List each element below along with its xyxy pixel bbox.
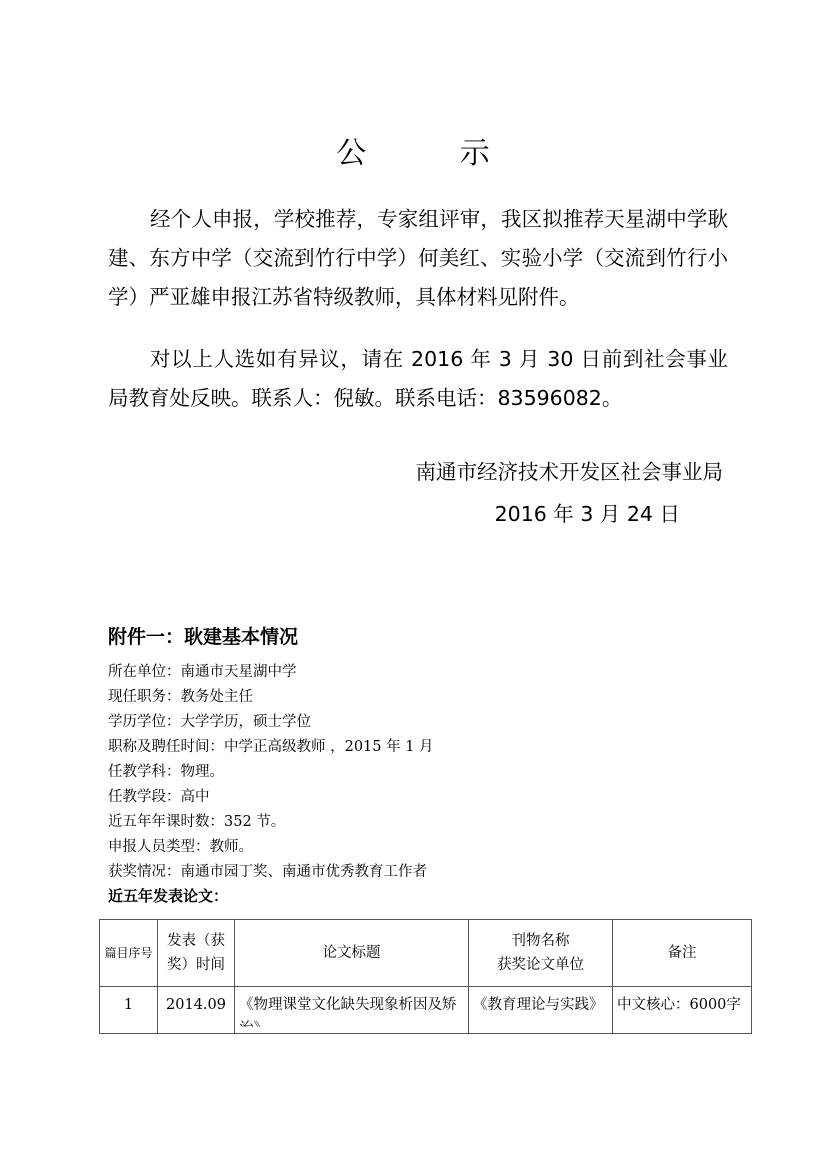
- attachment-title: 附件一：耿建基本情况: [108, 622, 298, 649]
- col-header-date-line1: 发表（获: [162, 929, 230, 953]
- info-line-level: 任教学段：高中: [108, 785, 434, 810]
- col-header-notes: 备注: [613, 920, 752, 987]
- notice-title: 公 示: [0, 128, 826, 172]
- table-header-row: 篇目序号 发表（获 奖）时间 论文标题 刊物名称 获奖论文单位 备注: [100, 920, 752, 987]
- cell-journal-text: 《教育理论与实践》: [473, 993, 608, 1027]
- cell-notes: 中文核心：6000字: [613, 987, 752, 1034]
- col-header-index: 篇目序号: [100, 920, 158, 987]
- cell-date: 2014.09: [158, 987, 235, 1034]
- issue-date: 2016 年 3 月 24 日: [495, 497, 680, 527]
- cell-title-text: 《物理课堂文化缺失现象析因及矫治》: [239, 993, 464, 1027]
- info-line-position: 现任职务：教务处主任: [108, 685, 434, 710]
- table-row: 1 2014.09 《物理课堂文化缺失现象析因及矫治》 《教育理论与实践》 中文…: [100, 987, 752, 1034]
- papers-table: 篇目序号 发表（获 奖）时间 论文标题 刊物名称 获奖论文单位 备注 1 201…: [99, 919, 752, 1034]
- col-header-date: 发表（获 奖）时间: [158, 920, 235, 987]
- candidate-info-list: 所在单位：南通市天星湖中学 现任职务：教务处主任 学历学位：大学学历，硕士学位 …: [108, 660, 434, 885]
- col-header-journal-line1: 刊物名称: [473, 929, 608, 953]
- col-header-title: 论文标题: [235, 920, 469, 987]
- info-line-unit: 所在单位：南通市天星湖中学: [108, 660, 434, 685]
- notice-paragraph-2: 对以上人选如有异议，请在 2016 年 3 月 30 日前到社会事业局教育处反映…: [108, 340, 728, 418]
- papers-heading: 近五年发表论文：: [108, 885, 228, 906]
- cell-index-text: 1: [104, 993, 153, 1027]
- info-line-title: 职称及聘任时间：中学正高级教师 ，2015 年 1 月: [108, 735, 434, 760]
- info-line-awards: 获奖情况：南通市园丁奖、南通市优秀教育工作者: [108, 860, 434, 885]
- col-header-date-line2: 奖）时间: [162, 953, 230, 977]
- cell-notes-text: 中文核心：6000字: [617, 993, 747, 1027]
- cell-journal: 《教育理论与实践》: [469, 987, 613, 1034]
- info-line-education: 学历学位：大学学历，硕士学位: [108, 710, 434, 735]
- info-line-type: 申报人员类型：教师。: [108, 835, 434, 860]
- notice-paragraph-1: 经个人申报，学校推荐，专家组评审，我区拟推荐天星湖中学耿建、东方中学（交流到竹行…: [108, 200, 728, 317]
- issuer-name: 南通市经济技术开发区社会事业局: [416, 455, 724, 485]
- cell-date-text: 2014.09: [162, 993, 230, 1027]
- info-line-hours: 近五年年课时数：352 节。: [108, 810, 434, 835]
- cell-title: 《物理课堂文化缺失现象析因及矫治》: [235, 987, 469, 1034]
- info-line-subject: 任教学科：物理。: [108, 760, 434, 785]
- col-header-journal: 刊物名称 获奖论文单位: [469, 920, 613, 987]
- col-header-journal-line2: 获奖论文单位: [473, 953, 608, 977]
- cell-index: 1: [100, 987, 158, 1034]
